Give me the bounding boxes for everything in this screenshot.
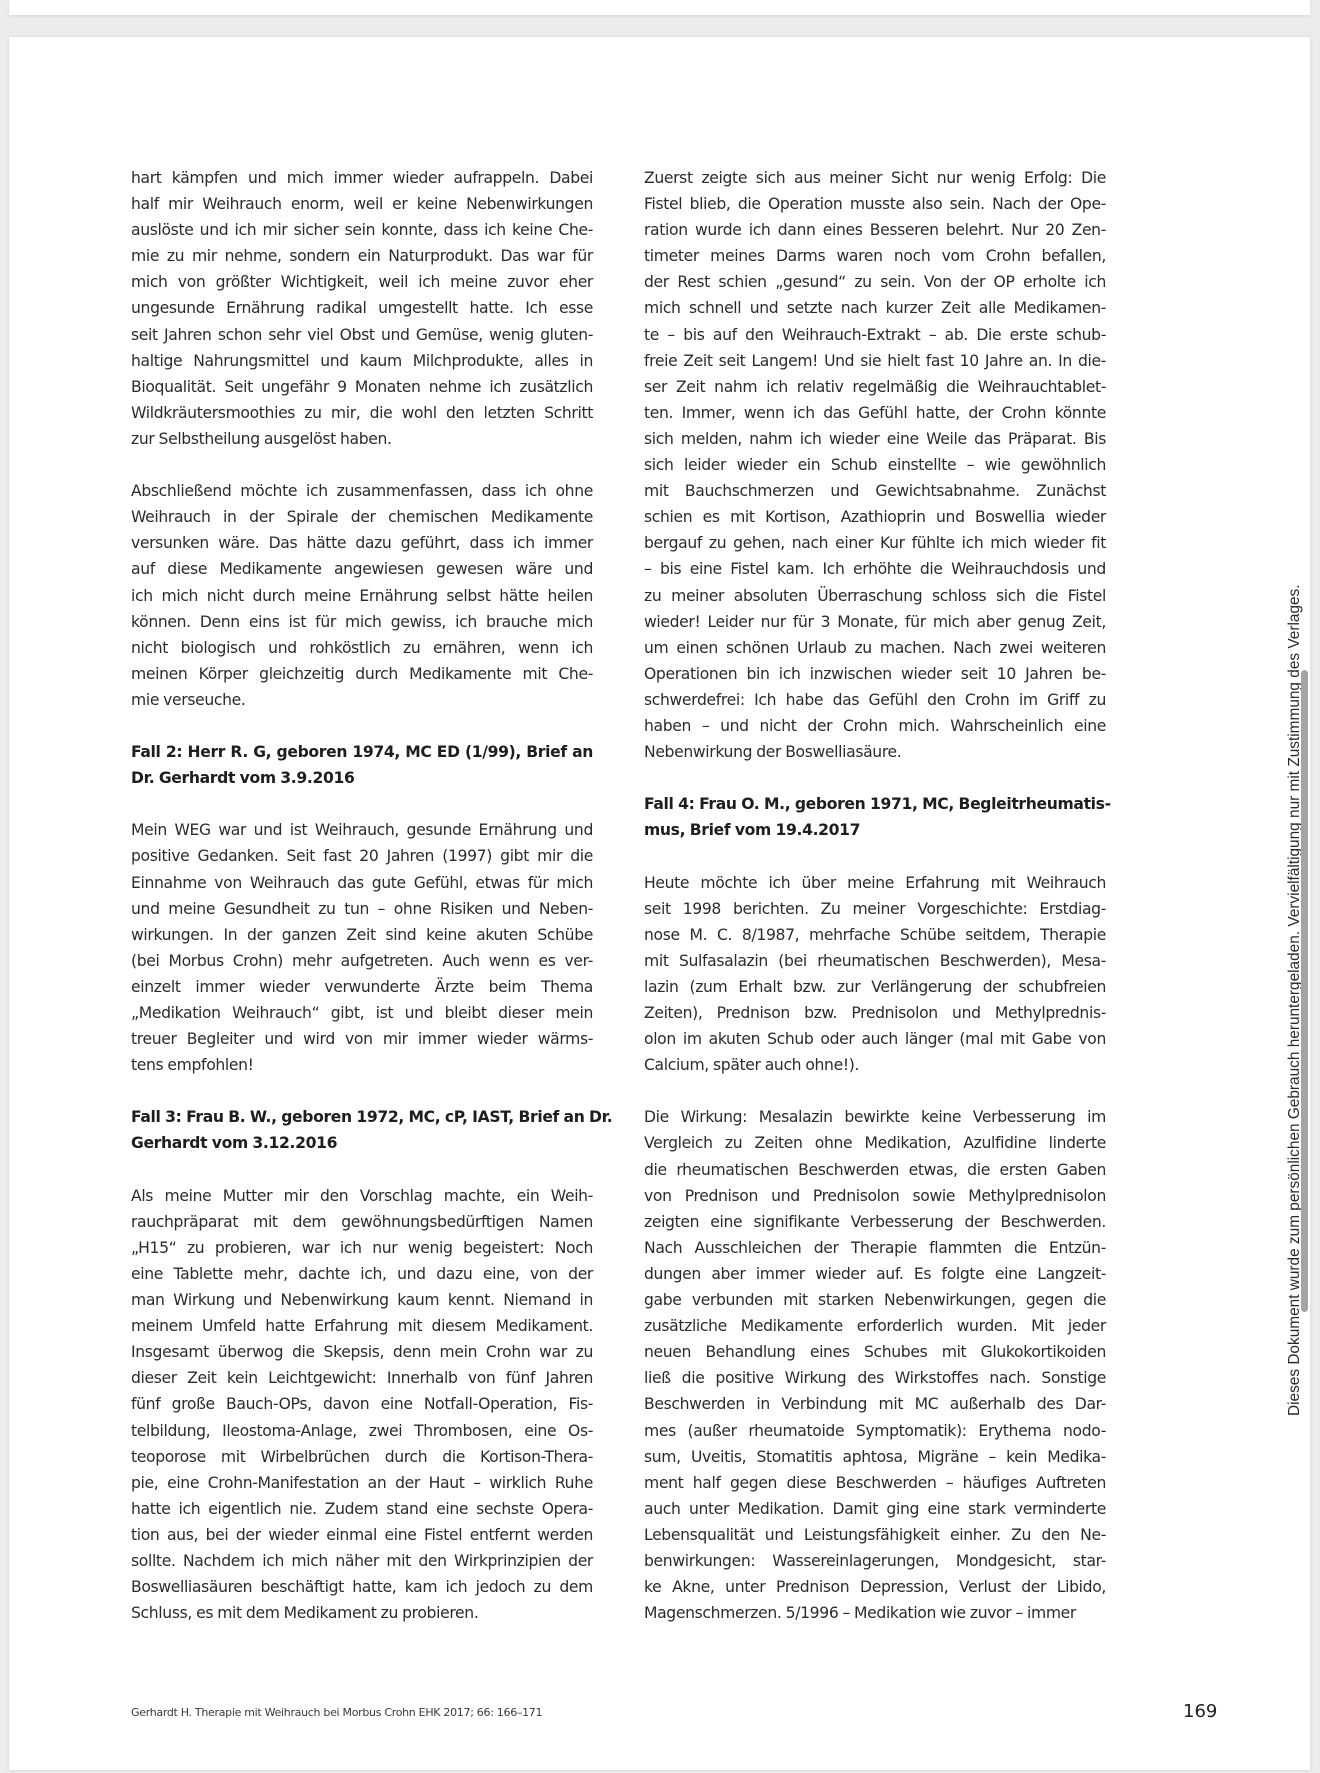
- text-line: freie Zeit seit Langem! Und sie hielt fa…: [644, 348, 1106, 374]
- text-line: können. Denn eins ist für mich gewiss, i…: [131, 609, 593, 635]
- text-line: schwerdefrei: Ich habe das Gefühl den Cr…: [644, 687, 1106, 713]
- text-line: Fall 4: Frau O. M., geboren 1971, MC, Be…: [644, 791, 1106, 817]
- text-line: ment half gegen diese Beschwerden – häuf…: [644, 1470, 1106, 1496]
- text-line: benwirkungen: Wassereinlagerungen, Mondg…: [644, 1548, 1106, 1574]
- text-line: Beschwerden in Verbindung mit MC außerha…: [644, 1391, 1106, 1417]
- text-line: die rheumatischen Beschwerden etwas, die…: [644, 1157, 1106, 1183]
- text-line: Lebensqualität und Leistungsfähigkeit ei…: [644, 1522, 1106, 1548]
- text-line: half mir Weihrauch enorm, weil er keine …: [131, 191, 593, 217]
- text-line: ungesunde Ernährung radikal umgestellt h…: [131, 295, 593, 321]
- text-line: Heute möchte ich über meine Erfahrung mi…: [644, 870, 1106, 896]
- text-line: olon im akuten Schub oder auch länger (m…: [644, 1026, 1106, 1052]
- text-line: Mein WEG war und ist Weihrauch, gesunde …: [131, 817, 593, 843]
- text-line: auslöste und ich mir sicher sein konnte,…: [131, 217, 593, 243]
- text-line: der Rest schien „gesund“ zu sein. Von de…: [644, 269, 1106, 295]
- text-line: neuen Behandlung eines Schubes mit Gluko…: [644, 1339, 1106, 1365]
- previous-page-edge: [9, 0, 1310, 15]
- text-line: treuer Begleiter und wird von mir immer …: [131, 1026, 593, 1052]
- text-line: Insgesamt überwog die Skepsis, denn mein…: [131, 1339, 593, 1365]
- text-line: Gerhardt vom 3.12.2016: [131, 1130, 593, 1156]
- text-line: mit Sulfasalazin (bei rheumatischen Besc…: [644, 948, 1106, 974]
- text-line: gabe verbunden mit starken Nebenwirkunge…: [644, 1287, 1106, 1313]
- text-line: seit 1998 berichten. Zu meiner Vorgeschi…: [644, 896, 1106, 922]
- text-line: ration wurde ich dann eines Besseren bel…: [644, 217, 1106, 243]
- text-line: Wildkräutersmoothies zu mir, die wohl de…: [131, 400, 593, 426]
- paragraph-case1-conclusion: Abschließend möchte ich zusammenfassen, …: [131, 478, 593, 713]
- text-line: mie zu mir nehme, sondern ein Naturprodu…: [131, 243, 593, 269]
- text-line: Einnahme von Weihrauch das gute Gefühl, …: [131, 870, 593, 896]
- text-line: teoporose mit Wirbelbrüchen durch die Ko…: [131, 1444, 593, 1470]
- text-line: tion aus, bei der wieder einmal eine Fis…: [131, 1522, 593, 1548]
- text-line: Als meine Mutter mir den Vorschlag macht…: [131, 1183, 593, 1209]
- vertical-scrollbar-thumb[interactable]: [1301, 670, 1308, 1312]
- text-line: (bei Morbus Crohn) mehr aufgetreten. Auc…: [131, 948, 593, 974]
- text-line: ser Zeit nahm ich relativ regelmäßig die…: [644, 374, 1106, 400]
- text-line: Calcium, später auch ohne!).: [644, 1052, 1106, 1078]
- text-line: zur Selbstheilung ausgelöst haben.: [131, 426, 593, 452]
- left-column: hart kämpfen und mich immer wieder aufra…: [131, 165, 593, 1652]
- case4-heading: Fall 4: Frau O. M., geboren 1971, MC, Be…: [644, 791, 1106, 843]
- text-line: eine Tablette mehr, dachte ich, und dazu…: [131, 1261, 593, 1287]
- text-line: ich mich nicht durch meine Ernährung sel…: [131, 583, 593, 609]
- text-line: haben – und nicht der Crohn mich. Wahrsc…: [644, 713, 1106, 739]
- text-line: mit Bauchschmerzen und Gewichtsabnahme. …: [644, 478, 1106, 504]
- text-line: ke Akne, unter Prednison Depression, Ver…: [644, 1574, 1106, 1600]
- text-line: haltige Nahrungsmittel und kaum Milchpro…: [131, 348, 593, 374]
- text-line: nose M. C. 8/1987, mehrfache Schübe seit…: [644, 922, 1106, 948]
- case2-heading: Fall 2: Herr R. G, geboren 1974, MC ED (…: [131, 739, 593, 791]
- text-line: Magenschmerzen. 5/1996 – Medikation wie …: [644, 1600, 1106, 1626]
- text-line: meinem Umfeld hatte Erfahrung mit diesem…: [131, 1313, 593, 1339]
- text-line: mie verseuche.: [131, 687, 593, 713]
- text-line: Bioqualität. Seit ungefähr 9 Monaten neh…: [131, 374, 593, 400]
- text-line: Weihrauch in der Spirale der chemischen …: [131, 504, 593, 530]
- text-line: Operationen bin ich inzwischen wieder se…: [644, 661, 1106, 687]
- text-line: Boswelliasäuren beschäftigt hatte, kam i…: [131, 1574, 593, 1600]
- text-line: positive Gedanken. Seit fast 20 Jahren (…: [131, 843, 593, 869]
- text-line: dieser Zeit kein Leichtgewicht: Innerhal…: [131, 1365, 593, 1391]
- text-line: rauchpräparat mit dem gewöhnungsbedürfti…: [131, 1209, 593, 1235]
- text-line: Schluss, es mit dem Medikament zu probie…: [131, 1600, 593, 1626]
- right-column: Zuerst zeigte sich aus meiner Sicht nur …: [644, 165, 1106, 1652]
- text-line: versunken wäre. Das hätte dazu geführt, …: [131, 530, 593, 556]
- text-line: dungen aber immer wieder auf. Es folgte …: [644, 1261, 1106, 1287]
- text-line: Nach Ausschleichen der Therapie flammten…: [644, 1235, 1106, 1261]
- text-line: sum, Uveitis, Stomatitis aphtosa, Migrän…: [644, 1444, 1106, 1470]
- text-line: „H15“ zu probieren, war ich nur wenig be…: [131, 1235, 593, 1261]
- footer-citation: Gerhardt H. Therapie mit Weihrauch bei M…: [131, 1706, 542, 1719]
- text-line: zeigten eine signifikante Verbesserung d…: [644, 1209, 1106, 1235]
- document-page: hart kämpfen und mich immer wieder aufra…: [9, 37, 1310, 1770]
- text-line: pie, eine Crohn-Manifestation an der Hau…: [131, 1470, 593, 1496]
- text-line: um einen schönen Urlaub zu machen. Nach …: [644, 635, 1106, 661]
- text-line: lazin (zum Erhalt bzw. zur Verlängerung …: [644, 974, 1106, 1000]
- text-line: telbildung, Ileostoma-Anlage, zwei Throm…: [131, 1418, 593, 1444]
- paragraph-case3: Als meine Mutter mir den Vorschlag macht…: [131, 1183, 593, 1627]
- text-line: sollte. Nachdem ich mich näher mit den W…: [131, 1548, 593, 1574]
- text-line: wirkungen. In der ganzen Zeit sind keine…: [131, 922, 593, 948]
- text-line: mich schnell und setzte nach kurzer Zeit…: [644, 295, 1106, 321]
- text-line: Zeiten), Prednison bzw. Prednisolon und …: [644, 1000, 1106, 1026]
- text-line: sich melden, nahm ich wieder eine Weile …: [644, 426, 1106, 452]
- text-line: Vergleich zu Zeiten ohne Medikation, Azu…: [644, 1130, 1106, 1156]
- text-line: hatte ich eigentlich nie. Zudem stand ei…: [131, 1496, 593, 1522]
- text-line: seit Jahren schon sehr viel Obst und Gem…: [131, 322, 593, 348]
- text-line: Fall 2: Herr R. G, geboren 1974, MC ED (…: [131, 739, 593, 765]
- text-line: Dr. Gerhardt vom 3.9.2016: [131, 765, 593, 791]
- case3-heading: Fall 3: Frau B. W., geboren 1972, MC, cP…: [131, 1104, 593, 1156]
- text-line: Die Wirkung: Mesalazin bewirkte keine Ve…: [644, 1104, 1106, 1130]
- text-line: fünf große Bauch-OPs, davon eine Notfall…: [131, 1391, 593, 1417]
- text-line: mus, Brief vom 19.4.2017: [644, 817, 1106, 843]
- text-line: Fistel blieb, die Operation musste also …: [644, 191, 1106, 217]
- text-line: sich leider wieder ein Schub einstellte …: [644, 452, 1106, 478]
- text-line: auf diese Medikamente angewiesen gewesen…: [131, 556, 593, 582]
- text-line: mes (außer rheumatoide Symptomatik): Ery…: [644, 1418, 1106, 1444]
- text-line: Abschließend möchte ich zusammenfassen, …: [131, 478, 593, 504]
- text-line: und meine Gesundheit zu tun – ohne Risik…: [131, 896, 593, 922]
- text-line: wieder! Leider nur für 3 Monate, für mic…: [644, 609, 1106, 635]
- text-line: mich von größter Wichtigkeit, weil ich m…: [131, 269, 593, 295]
- text-line: zusätzliche Medikamente erforderlich wur…: [644, 1313, 1106, 1339]
- text-line: „Medikation Weihrauch“ gibt, ist und ble…: [131, 1000, 593, 1026]
- paragraph-case4-history: Heute möchte ich über meine Erfahrung mi…: [644, 870, 1106, 1079]
- text-line: timeter meines Darms waren noch vom Croh…: [644, 243, 1106, 269]
- text-line: auch unter Medikation. Damit ging eine s…: [644, 1496, 1106, 1522]
- paragraph-case2: Mein WEG war und ist Weihrauch, gesunde …: [131, 817, 593, 1078]
- paragraph-case4-effects: Die Wirkung: Mesalazin bewirkte keine Ve…: [644, 1104, 1106, 1626]
- text-line: – bis eine Fistel kam. Ich erhöhte die W…: [644, 556, 1106, 582]
- text-line: Nebenwirkung der Boswelliasäure.: [644, 739, 1106, 765]
- text-line: nicht biologisch und rohköstlich zu ernä…: [131, 635, 593, 661]
- page-number: 169: [1183, 1701, 1217, 1722]
- text-line: schien es mit Kortison, Azathioprin und …: [644, 504, 1106, 530]
- text-line: Zuerst zeigte sich aus meiner Sicht nur …: [644, 165, 1106, 191]
- text-line: zu meiner absoluten Überraschung schloss…: [644, 583, 1106, 609]
- text-line: meinen Körper gleichzeitig durch Medikam…: [131, 661, 593, 687]
- text-line: ten. Immer, wenn ich das Gefühl hatte, d…: [644, 400, 1106, 426]
- text-line: hart kämpfen und mich immer wieder aufra…: [131, 165, 593, 191]
- text-line: einzelt immer wieder verwunderte Ärzte b…: [131, 974, 593, 1000]
- text-line: Fall 3: Frau B. W., geboren 1972, MC, cP…: [131, 1104, 593, 1130]
- text-line: von Prednison und Prednisolon sowie Meth…: [644, 1183, 1106, 1209]
- text-line: bergauf zu gehen, nach einer Kur fühlte …: [644, 530, 1106, 556]
- paragraph-case1-continued: hart kämpfen und mich immer wieder aufra…: [131, 165, 593, 452]
- text-line: te – bis auf den Weihrauch-Extrakt – ab.…: [644, 322, 1106, 348]
- text-line: man Wirkung und Nebenwirkung kaum kennt.…: [131, 1287, 593, 1313]
- paragraph-case3-continued: Zuerst zeigte sich aus meiner Sicht nur …: [644, 165, 1106, 765]
- text-line: ließ die positive Wirkung des Wirkstoffe…: [644, 1365, 1106, 1391]
- text-line: tens empfohlen!: [131, 1052, 593, 1078]
